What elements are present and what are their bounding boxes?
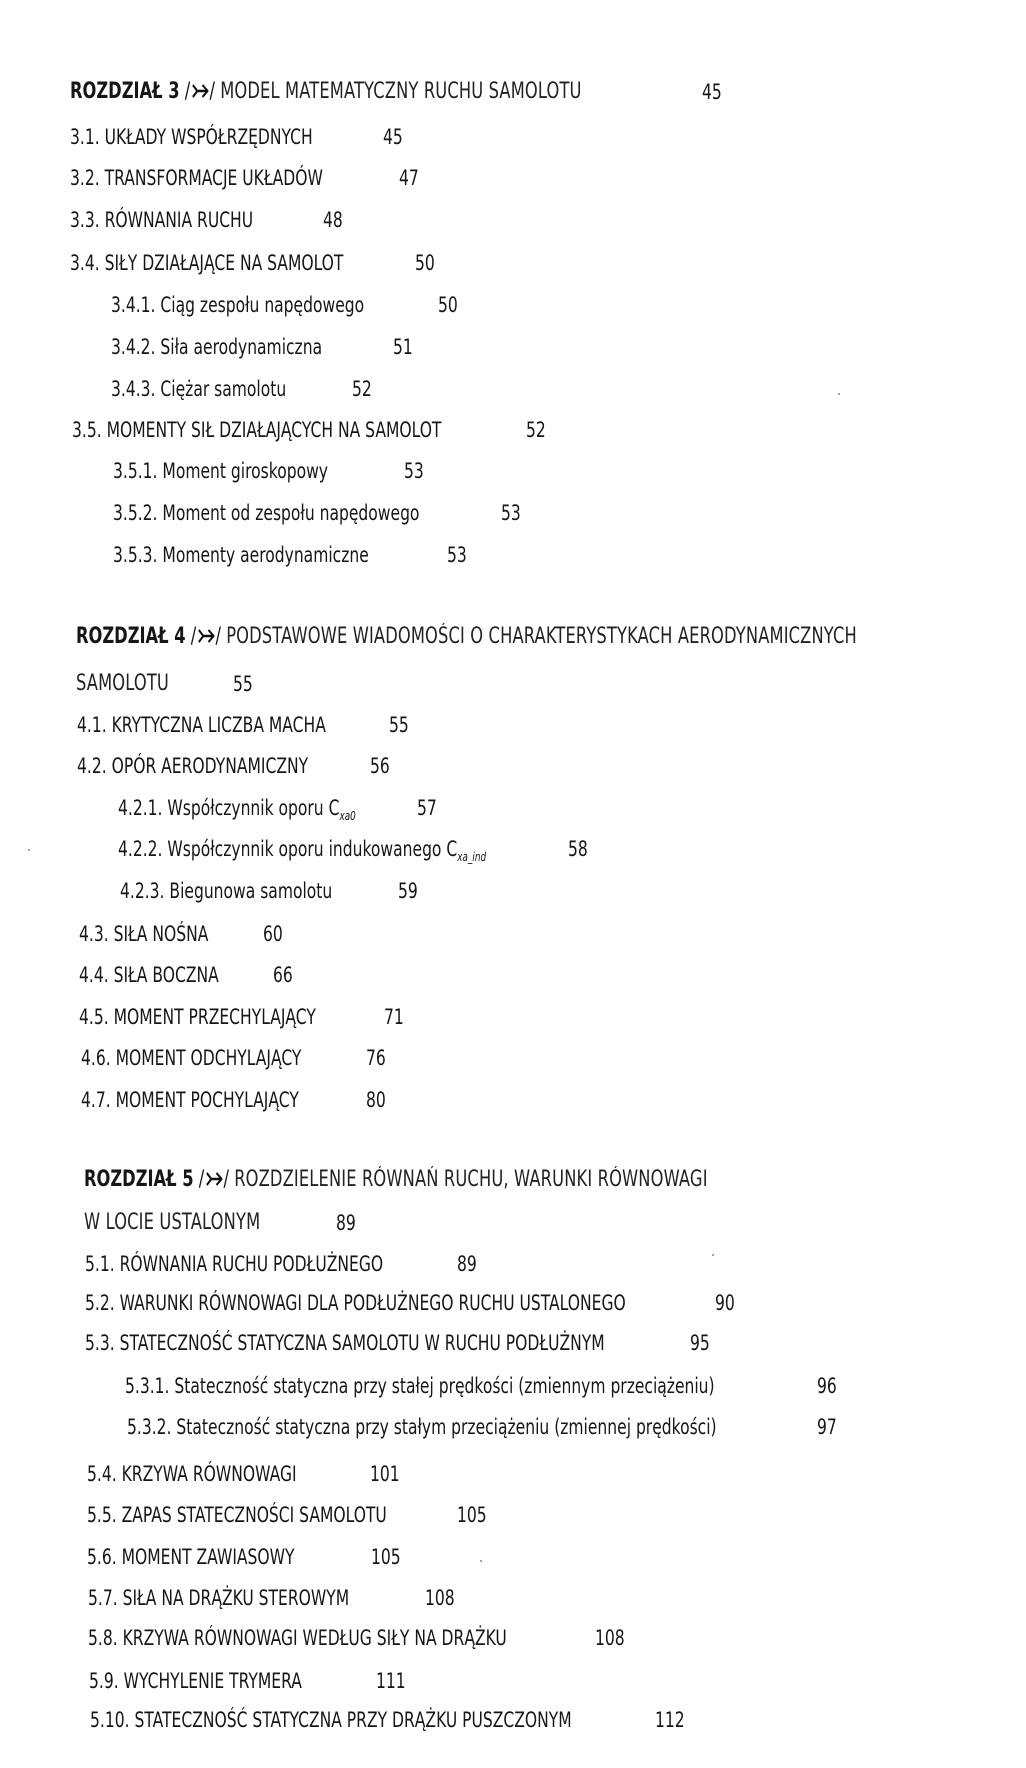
- toc-entry: 3.4.1. Ciąg zespołu napędowego: [111, 292, 364, 318]
- toc-entry: 4.2. OPÓR AERODYNAMICZNY: [77, 753, 308, 779]
- toc-page-number: 105: [371, 1544, 401, 1570]
- toc-entry: 3.4.2. Siła aerodynamiczna: [111, 334, 322, 360]
- toc-page-number: 52: [352, 376, 372, 402]
- toc-entry: 5.5. ZAPAS STATECZNOŚCI SAMOLOTU: [87, 1502, 387, 1528]
- toc-entry: 3.3. RÓWNANIA RUCHU: [70, 207, 253, 233]
- toc-page-number: 48: [323, 207, 343, 233]
- toc-page-number: 60: [263, 921, 283, 947]
- chapter-label: ROZDZIAŁ 4: [76, 624, 186, 649]
- toc-entry: 4.6. MOMENT ODCHYLAJĄCY: [81, 1045, 301, 1071]
- chapter-title: ROZDZIELENIE RÓWNAŃ RUCHU, WARUNKI RÓWNO…: [234, 1167, 707, 1192]
- toc-page-number: 56: [370, 753, 390, 779]
- subscript: xa0: [339, 809, 355, 823]
- chapter-title-continued: W LOCIE USTALONYM: [84, 1210, 260, 1236]
- chapter-page: 55: [233, 671, 253, 697]
- toc-entry: 5.6. MOMENT ZAWIASOWY: [87, 1544, 294, 1570]
- toc-entry: 3.1. UKŁADY WSPÓŁRZĘDNYCH: [70, 124, 313, 150]
- toc-page-number: 97: [817, 1414, 837, 1440]
- separator-slash: /: [199, 1167, 204, 1192]
- toc-page-number: 57: [417, 795, 437, 821]
- toc-entry: 5.3. STATECZNOŚĆ STATYCZNA SAMOLOTU W RU…: [85, 1330, 605, 1356]
- toc-page-number: 108: [595, 1625, 625, 1651]
- chapter-page: 45: [702, 79, 722, 105]
- separator-slash: /: [224, 1167, 229, 1192]
- toc-page-number: 51: [393, 334, 413, 360]
- toc-entry: 3.5.3. Momenty aerodynamiczne: [113, 542, 369, 568]
- chapter-heading: ROZDZIAŁ 5 // ROZDZIELENIE RÓWNAŃ RUCHU,…: [84, 1167, 708, 1193]
- scan-speck: [712, 1254, 714, 1256]
- toc-page-number: 101: [370, 1461, 400, 1487]
- toc-entry: 5.4. KRZYWA RÓWNOWAGI: [87, 1461, 297, 1487]
- toc-page-number: 45: [383, 124, 403, 150]
- toc-page-number: 58: [568, 836, 588, 862]
- toc-page: ROZDZIAŁ 3 // MODEL MATEMATYCZNY RUCHU S…: [0, 0, 1026, 1768]
- chapter-title-continued: SAMOLOTU: [76, 671, 169, 697]
- toc-page-number: 112: [655, 1707, 685, 1733]
- scan-speck: [28, 849, 30, 851]
- toc-entry: 5.10. STATECZNOŚĆ STATYCZNA PRZY DRĄŻKU …: [90, 1707, 572, 1733]
- toc-entry: 3.5.1. Moment giroskopowy: [113, 458, 328, 484]
- toc-page-number: 90: [715, 1290, 735, 1316]
- toc-page-number: 53: [447, 542, 467, 568]
- toc-entry: 4.5. MOMENT PRZECHYLAJĄCY: [79, 1004, 316, 1030]
- toc-page-number: 76: [366, 1045, 386, 1071]
- toc-entry: 5.7. SIŁA NA DRĄŻKU STEROWYM: [88, 1585, 349, 1611]
- toc-page-number: 66: [273, 962, 293, 988]
- toc-entry: 4.2.2. Współczynnik oporu indukowanego C…: [118, 836, 486, 870]
- toc-entry: 4.1. KRYTYCZNA LICZBA MACHA: [77, 712, 326, 738]
- toc-page-number: 52: [526, 417, 546, 443]
- toc-page-number: 55: [389, 712, 409, 738]
- chapter-page: 89: [336, 1210, 356, 1236]
- toc-page-number: 53: [404, 458, 424, 484]
- scan-speck: [480, 1560, 482, 1562]
- toc-entry: 4.7. MOMENT POCHYLAJĄCY: [81, 1087, 299, 1113]
- toc-entry: 3.2. TRANSFORMACJE UKŁADÓW: [70, 165, 323, 191]
- toc-entry: 4.4. SIŁA BOCZNA: [79, 962, 219, 988]
- toc-entry: 3.5.2. Moment od zespołu napędowego: [113, 500, 419, 526]
- separator-slash: /: [210, 79, 215, 104]
- toc-entry: 4.2.3. Biegunowa samolotu: [120, 878, 332, 904]
- toc-page-number: 105: [457, 1502, 487, 1528]
- chapter-title: MODEL MATEMATYCZNY RUCHU SAMOLOTU: [220, 79, 581, 104]
- toc-page-number: 71: [384, 1004, 404, 1030]
- arrow-icon: [205, 1170, 223, 1188]
- toc-page-number: 111: [376, 1668, 406, 1694]
- toc-entry: 5.9. WYCHYLENIE TRYMERA: [89, 1668, 302, 1694]
- separator-slash: /: [216, 624, 221, 649]
- toc-entry: 5.2. WARUNKI RÓWNOWAGI DLA PODŁUŻNEGO RU…: [85, 1290, 626, 1316]
- toc-entry: 5.3.2. Stateczność statyczna przy stałym…: [127, 1414, 717, 1440]
- toc-entry: 5.8. KRZYWA RÓWNOWAGI WEDŁUG SIŁY NA DRĄ…: [88, 1625, 507, 1651]
- toc-page-number: 89: [457, 1251, 477, 1277]
- chapter-label: ROZDZIAŁ 5: [84, 1167, 194, 1192]
- toc-page-number: 50: [415, 250, 435, 276]
- toc-entry: 3.4. SIŁY DZIAŁAJĄCE NA SAMOLOT: [70, 250, 343, 276]
- toc-page-number: 59: [398, 878, 418, 904]
- toc-entry: 5.1. RÓWNANIA RUCHU PODŁUŻNEGO: [85, 1251, 383, 1277]
- toc-page-number: 53: [501, 500, 521, 526]
- toc-page-number: 50: [438, 292, 458, 318]
- chapter-title: PODSTAWOWE WIADOMOŚCI O CHARAKTERYSTYKAC…: [226, 624, 857, 649]
- toc-page-number: 80: [366, 1087, 386, 1113]
- chapter-heading: ROZDZIAŁ 3 // MODEL MATEMATYCZNY RUCHU S…: [70, 79, 582, 105]
- toc-entry: 3.5. MOMENTY SIŁ DZIAŁAJĄCYCH NA SAMOLOT: [72, 417, 441, 443]
- toc-page-number: 47: [399, 165, 419, 191]
- arrow-icon: [197, 627, 215, 645]
- toc-page-number: 96: [817, 1373, 837, 1399]
- scan-speck: [838, 393, 840, 395]
- toc-page-number: 95: [690, 1330, 710, 1356]
- chapter-label: ROZDZIAŁ 3: [70, 79, 180, 104]
- toc-entry: 5.3.1. Stateczność statyczna przy stałej…: [125, 1373, 715, 1399]
- toc-entry: 4.3. SIŁA NOŚNA: [79, 921, 208, 947]
- separator-slash: /: [191, 624, 196, 649]
- chapter-heading: ROZDZIAŁ 4 // PODSTAWOWE WIADOMOŚCI O CH…: [76, 624, 857, 650]
- subscript: xa_ind: [457, 850, 486, 864]
- toc-page-number: 108: [425, 1585, 455, 1611]
- toc-entry: 4.2.1. Współczynnik oporu Cxa0: [118, 795, 356, 829]
- toc-entry: 3.4.3. Ciężar samolotu: [111, 376, 286, 402]
- separator-slash: /: [185, 79, 190, 104]
- arrow-icon: [191, 82, 209, 100]
